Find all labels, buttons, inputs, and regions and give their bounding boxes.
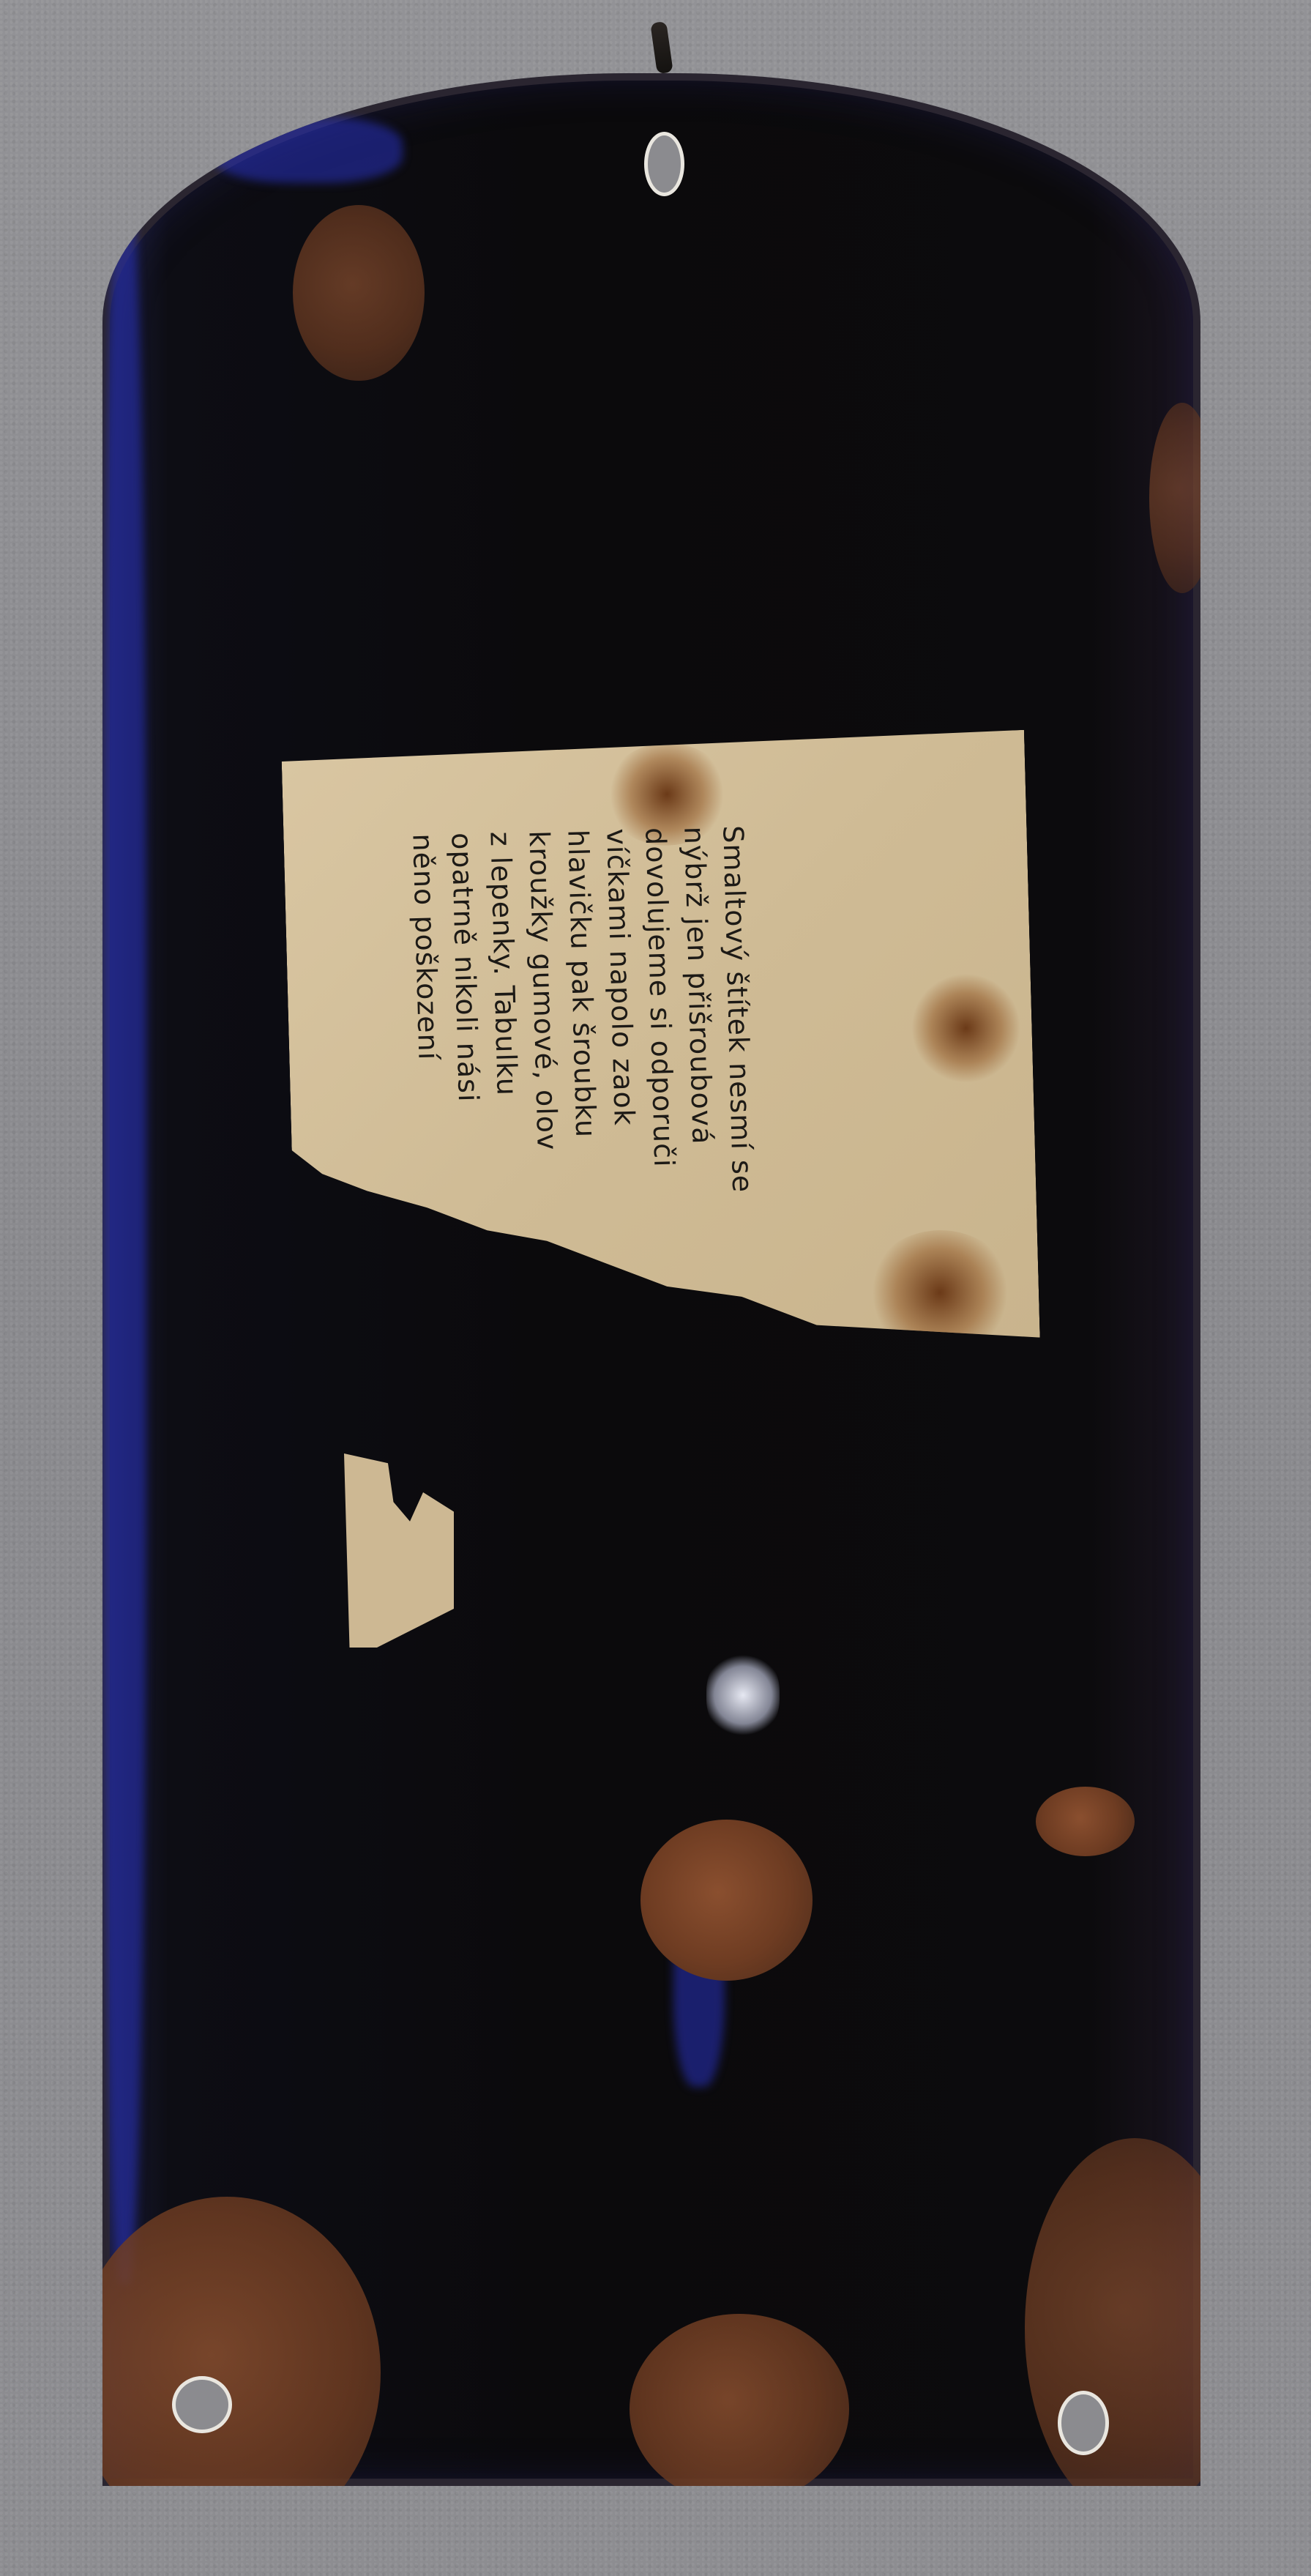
rust-stain <box>910 972 1023 1084</box>
rust-patch <box>293 205 425 381</box>
rust-spot-small <box>1036 1787 1135 1856</box>
rust-bottom-center <box>630 2314 849 2486</box>
blue-enamel-edge <box>102 161 146 2285</box>
top-mounting-hole <box>644 132 684 196</box>
hanging-nail <box>650 21 673 74</box>
chipped-enamel-spot <box>706 1651 780 1739</box>
blue-enamel-smear <box>212 117 403 183</box>
rust-spot-large <box>640 1820 813 1981</box>
rust-corner-left <box>102 2197 381 2486</box>
bottom-right-mounting-hole <box>1058 2391 1109 2455</box>
rust-corner-right <box>1025 2138 1200 2486</box>
rust-edge-right <box>1149 403 1200 593</box>
bottom-left-mounting-hole <box>172 2376 232 2433</box>
